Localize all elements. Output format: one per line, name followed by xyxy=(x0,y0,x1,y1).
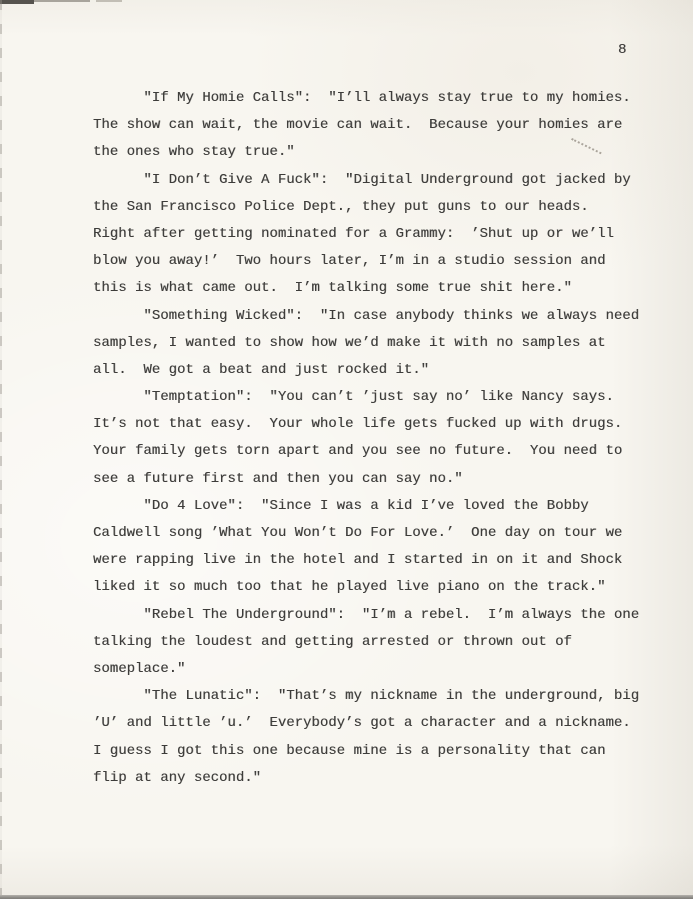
text-line: someplace." xyxy=(93,656,639,683)
scan-edge-bottom xyxy=(0,895,693,899)
text-line: Caldwell song ’What You Won’t Do For Lov… xyxy=(93,520,639,547)
text-line: Your family gets torn apart and you see … xyxy=(93,438,639,465)
text-line: were rapping live in the hotel and I sta… xyxy=(93,547,639,574)
scan-edge-top-dash xyxy=(0,0,34,4)
text-line: I guess I got this one because mine is a… xyxy=(93,738,639,765)
text-line: The show can wait, the movie can wait. B… xyxy=(93,112,639,139)
text-line: flip at any second." xyxy=(93,765,639,792)
text-line: ’U’ and little ’u.’ Everybody’s got a ch… xyxy=(93,710,639,737)
text-line: "Temptation": "You can’t ’just say no’ l… xyxy=(93,384,639,411)
text-line: samples, I wanted to show how we’d make … xyxy=(93,330,639,357)
page-number: 8 xyxy=(618,42,626,58)
scan-edge-left xyxy=(0,0,2,899)
text-line: talking the loudest and getting arrested… xyxy=(93,629,639,656)
text-line: "Do 4 Love": "Since I was a kid I’ve lov… xyxy=(93,493,639,520)
text-line: "Something Wicked": "In case anybody thi… xyxy=(93,303,639,330)
text-line: "Rebel The Underground": "I’m a rebel. I… xyxy=(93,602,639,629)
text-line: "The Lunatic": "That’s my nickname in th… xyxy=(93,683,639,710)
document-body: "If My Homie Calls": "I’ll always stay t… xyxy=(93,85,639,792)
text-line: all. We got a beat and just rocked it." xyxy=(93,357,639,384)
text-line: the ones who stay true." xyxy=(93,139,639,166)
scan-edge-top-dash xyxy=(34,0,90,2)
text-line: "I Don’t Give A Fuck": "Digital Undergro… xyxy=(93,167,639,194)
text-line: liked it so much too that he played live… xyxy=(93,574,639,601)
text-line: see a future first and then you can say … xyxy=(93,466,639,493)
text-line: this is what came out. I’m talking some … xyxy=(93,275,639,302)
text-line: It’s not that easy. Your whole life gets… xyxy=(93,411,639,438)
text-line: the San Francisco Police Dept., they put… xyxy=(93,194,639,221)
scan-edge-top-dash xyxy=(96,0,122,2)
text-line: "If My Homie Calls": "I’ll always stay t… xyxy=(93,85,639,112)
text-line: blow you away!’ Two hours later, I’m in … xyxy=(93,248,639,275)
scanned-page: 8 "If My Homie Calls": "I’ll always stay… xyxy=(0,0,693,899)
text-line: Right after getting nominated for a Gram… xyxy=(93,221,639,248)
